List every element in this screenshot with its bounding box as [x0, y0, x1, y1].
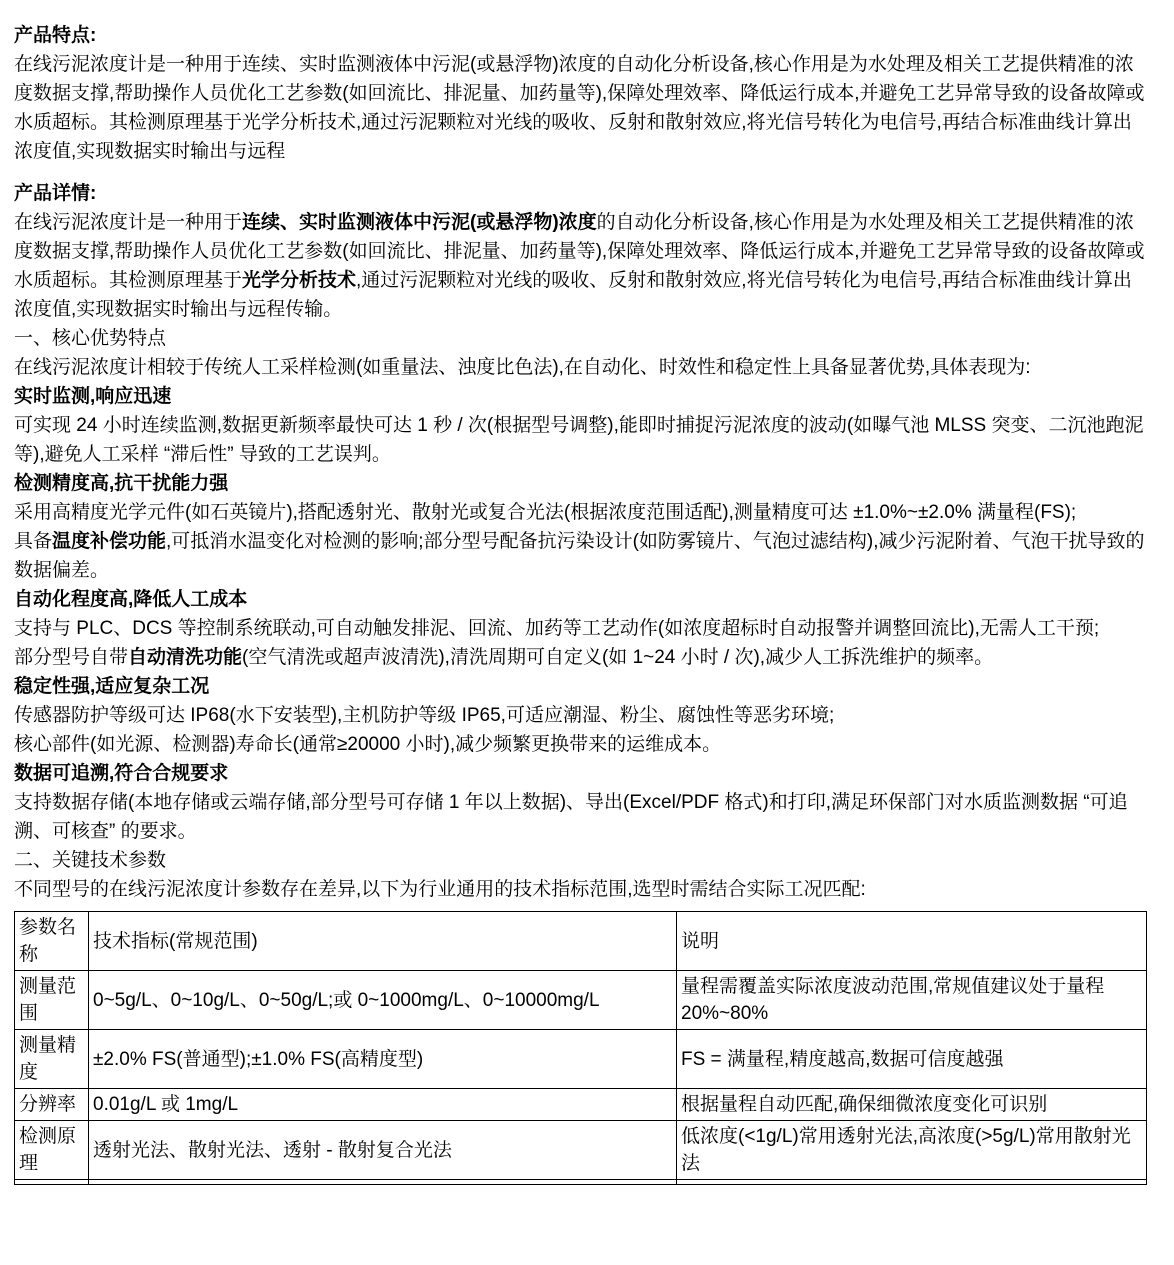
text-run: 二、关键技术参数 — [14, 850, 166, 871]
paragraph-stability-2: 核心部件(如光源、检测器)寿命长(通常≥20000 小时),减少频繁更换带来的运… — [14, 730, 1148, 759]
heading-section-1: 一、核心优势特点 — [14, 324, 1148, 353]
heading-section-2: 二、关键技术参数 — [14, 846, 1148, 875]
table-cell — [15, 1180, 89, 1185]
paragraph-stability-1: 传感器防护等级可达 IP68(水下安装型),主机防护等级 IP65,可适应潮湿、… — [14, 701, 1148, 730]
text-run: ,可抵消水温变化对检测的影响;部分型号配备抗污染设计(如防雾镜片、气泡过滤结构)… — [14, 531, 1145, 581]
text-run: 自动化程度高,降低人工成本 — [14, 589, 247, 610]
heading-accuracy: 检测精度高,抗干扰能力强 — [14, 469, 1148, 498]
table-cell: 检测原理 — [15, 1121, 89, 1180]
text-run: 具备 — [14, 531, 52, 552]
emphasis-text: 光学分析技术 — [242, 270, 356, 291]
table-cell: 根据量程自动匹配,确保细微浓度变化可识别 — [677, 1089, 1147, 1121]
text-run: 支持与 PLC、DCS 等控制系统联动,可自动触发排泥、回流、加药等工艺动作(如… — [14, 618, 1099, 639]
text-run: 实时监测,响应迅速 — [14, 386, 171, 407]
document-body: 产品特点:在线污泥浓度计是一种用于连续、实时监测液体中污泥(或悬浮物)浓度的自动… — [14, 21, 1148, 904]
parameters-table: 参数名称 技术指标(常规范围) 说明 测量范围0~5g/L、0~10g/L、0~… — [14, 911, 1147, 1185]
paragraph-details-intro: 在线污泥浓度计是一种用于连续、实时监测液体中污泥(或悬浮物)浓度的自动化分析设备… — [14, 208, 1148, 324]
parameters-table-body: 测量范围0~5g/L、0~10g/L、0~50g/L;或 0~1000mg/L、… — [15, 971, 1147, 1185]
table-cell: 量程需覆盖实际浓度波动范围,常规值建议处于量程 20%~80% — [677, 971, 1147, 1030]
table-cell: 分辨率 — [15, 1089, 89, 1121]
header-cell-description: 说明 — [677, 912, 1147, 971]
document: 产品特点:在线污泥浓度计是一种用于连续、实时监测液体中污泥(或悬浮物)浓度的自动… — [0, 0, 1174, 1185]
text-run: 稳定性强,适应复杂工况 — [14, 676, 209, 697]
emphasis-text: 自动清洗功能 — [128, 647, 242, 668]
text-run: 数据可追溯,符合合规要求 — [14, 763, 228, 784]
table-cell: FS = 满量程,精度越高,数据可信度越强 — [677, 1030, 1147, 1089]
heading-automation: 自动化程度高,降低人工成本 — [14, 585, 1148, 614]
table-row-partial — [15, 1180, 1147, 1185]
paragraph-accuracy-1: 采用高精度光学元件(如石英镜片),搭配透射光、散射光或复合光法(根据浓度范围适配… — [14, 498, 1148, 527]
text-run: 在线污泥浓度计相较于传统人工采样检测(如重量法、浊度比色法),在自动化、时效性和… — [14, 357, 1031, 378]
heading-stability: 稳定性强,适应复杂工况 — [14, 672, 1148, 701]
table-cell — [677, 1180, 1147, 1185]
table-row: 测量范围0~5g/L、0~10g/L、0~50g/L;或 0~1000mg/L、… — [15, 971, 1147, 1030]
text-run: (空气清洗或超声波清洗),清洗周期可自定义(如 1~24 小时 / 次),减少人… — [242, 647, 993, 668]
table-header-row: 参数名称 技术指标(常规范围) 说明 — [15, 912, 1147, 971]
text-run: 不同型号的在线污泥浓度计参数存在差异,以下为行业通用的技术指标范围,选型时需结合… — [14, 879, 866, 900]
table-cell: 透射光法、散射光法、透射 - 散射复合光法 — [89, 1121, 677, 1180]
text-run: 核心部件(如光源、检测器)寿命长(通常≥20000 小时),减少频繁更换带来的运… — [14, 734, 721, 755]
header-cell-tech-spec: 技术指标(常规范围) — [89, 912, 677, 971]
table-row: 分辨率0.01g/L 或 1mg/L根据量程自动匹配,确保细微浓度变化可识别 — [15, 1089, 1147, 1121]
heading-product-features: 产品特点: — [14, 21, 1148, 50]
paragraph-accuracy-2: 具备温度补偿功能,可抵消水温变化对检测的影响;部分型号配备抗污染设计(如防雾镜片… — [14, 527, 1148, 585]
text-run: 在线污泥浓度计是一种用于连续、实时监测液体中污泥(或悬浮物)浓度的自动化分析设备… — [14, 54, 1145, 162]
table-cell: 测量范围 — [15, 971, 89, 1030]
text-run: 部分型号自带 — [14, 647, 128, 668]
table-cell — [89, 1180, 677, 1185]
paragraph-automation-2: 部分型号自带自动清洗功能(空气清洗或超声波清洗),清洗周期可自定义(如 1~24… — [14, 643, 1148, 672]
emphasis-text: 温度补偿功能 — [52, 531, 166, 552]
heading-product-details: 产品详情: — [14, 179, 1148, 208]
text-run: 检测精度高,抗干扰能力强 — [14, 473, 228, 494]
paragraph-params-intro: 不同型号的在线污泥浓度计参数存在差异,以下为行业通用的技术指标范围,选型时需结合… — [14, 875, 1148, 904]
table-row: 检测原理透射光法、散射光法、透射 - 散射复合光法低浓度(<1g/L)常用透射光… — [15, 1121, 1147, 1180]
text-run: 产品特点: — [14, 25, 96, 46]
paragraph-automation-1: 支持与 PLC、DCS 等控制系统联动,可自动触发排泥、回流、加药等工艺动作(如… — [14, 614, 1148, 643]
text-run: 一、核心优势特点 — [14, 328, 166, 349]
table-cell: 低浓度(<1g/L)常用透射光法,高浓度(>5g/L)常用散射光法 — [677, 1121, 1147, 1180]
heading-realtime: 实时监测,响应迅速 — [14, 382, 1148, 411]
paragraph-advantages-intro: 在线污泥浓度计相较于传统人工采样检测(如重量法、浊度比色法),在自动化、时效性和… — [14, 353, 1148, 382]
table-cell: 0.01g/L 或 1mg/L — [89, 1089, 677, 1121]
text-run: 产品详情: — [14, 183, 96, 204]
table-cell: 0~5g/L、0~10g/L、0~50g/L;或 0~1000mg/L、0~10… — [89, 971, 677, 1030]
paragraph-features-intro: 在线污泥浓度计是一种用于连续、实时监测液体中污泥(或悬浮物)浓度的自动化分析设备… — [14, 50, 1148, 166]
heading-traceability: 数据可追溯,符合合规要求 — [14, 759, 1148, 788]
text-run: 支持数据存储(本地存储或云端存储,部分型号可存储 1 年以上数据)、导出(Exc… — [14, 792, 1128, 842]
paragraph-realtime: 可实现 24 小时连续监测,数据更新频率最快可达 1 秒 / 次(根据型号调整)… — [14, 411, 1148, 469]
table-row: 测量精度±2.0% FS(普通型);±1.0% FS(高精度型)FS = 满量程… — [15, 1030, 1147, 1089]
table-cell: 测量精度 — [15, 1030, 89, 1089]
text-run: 传感器防护等级可达 IP68(水下安装型),主机防护等级 IP65,可适应潮湿、… — [14, 705, 834, 726]
emphasis-text: 连续、实时监测液体中污泥(或悬浮物)浓度 — [242, 212, 597, 233]
paragraph-traceability: 支持数据存储(本地存储或云端存储,部分型号可存储 1 年以上数据)、导出(Exc… — [14, 788, 1148, 846]
text-run: 可实现 24 小时连续监测,数据更新频率最快可达 1 秒 / 次(根据型号调整)… — [14, 415, 1144, 465]
text-run: 采用高精度光学元件(如石英镜片),搭配透射光、散射光或复合光法(根据浓度范围适配… — [14, 502, 1076, 523]
table-cell: ±2.0% FS(普通型);±1.0% FS(高精度型) — [89, 1030, 677, 1089]
text-run: 在线污泥浓度计是一种用于 — [14, 212, 242, 233]
header-cell-param-name: 参数名称 — [15, 912, 89, 971]
